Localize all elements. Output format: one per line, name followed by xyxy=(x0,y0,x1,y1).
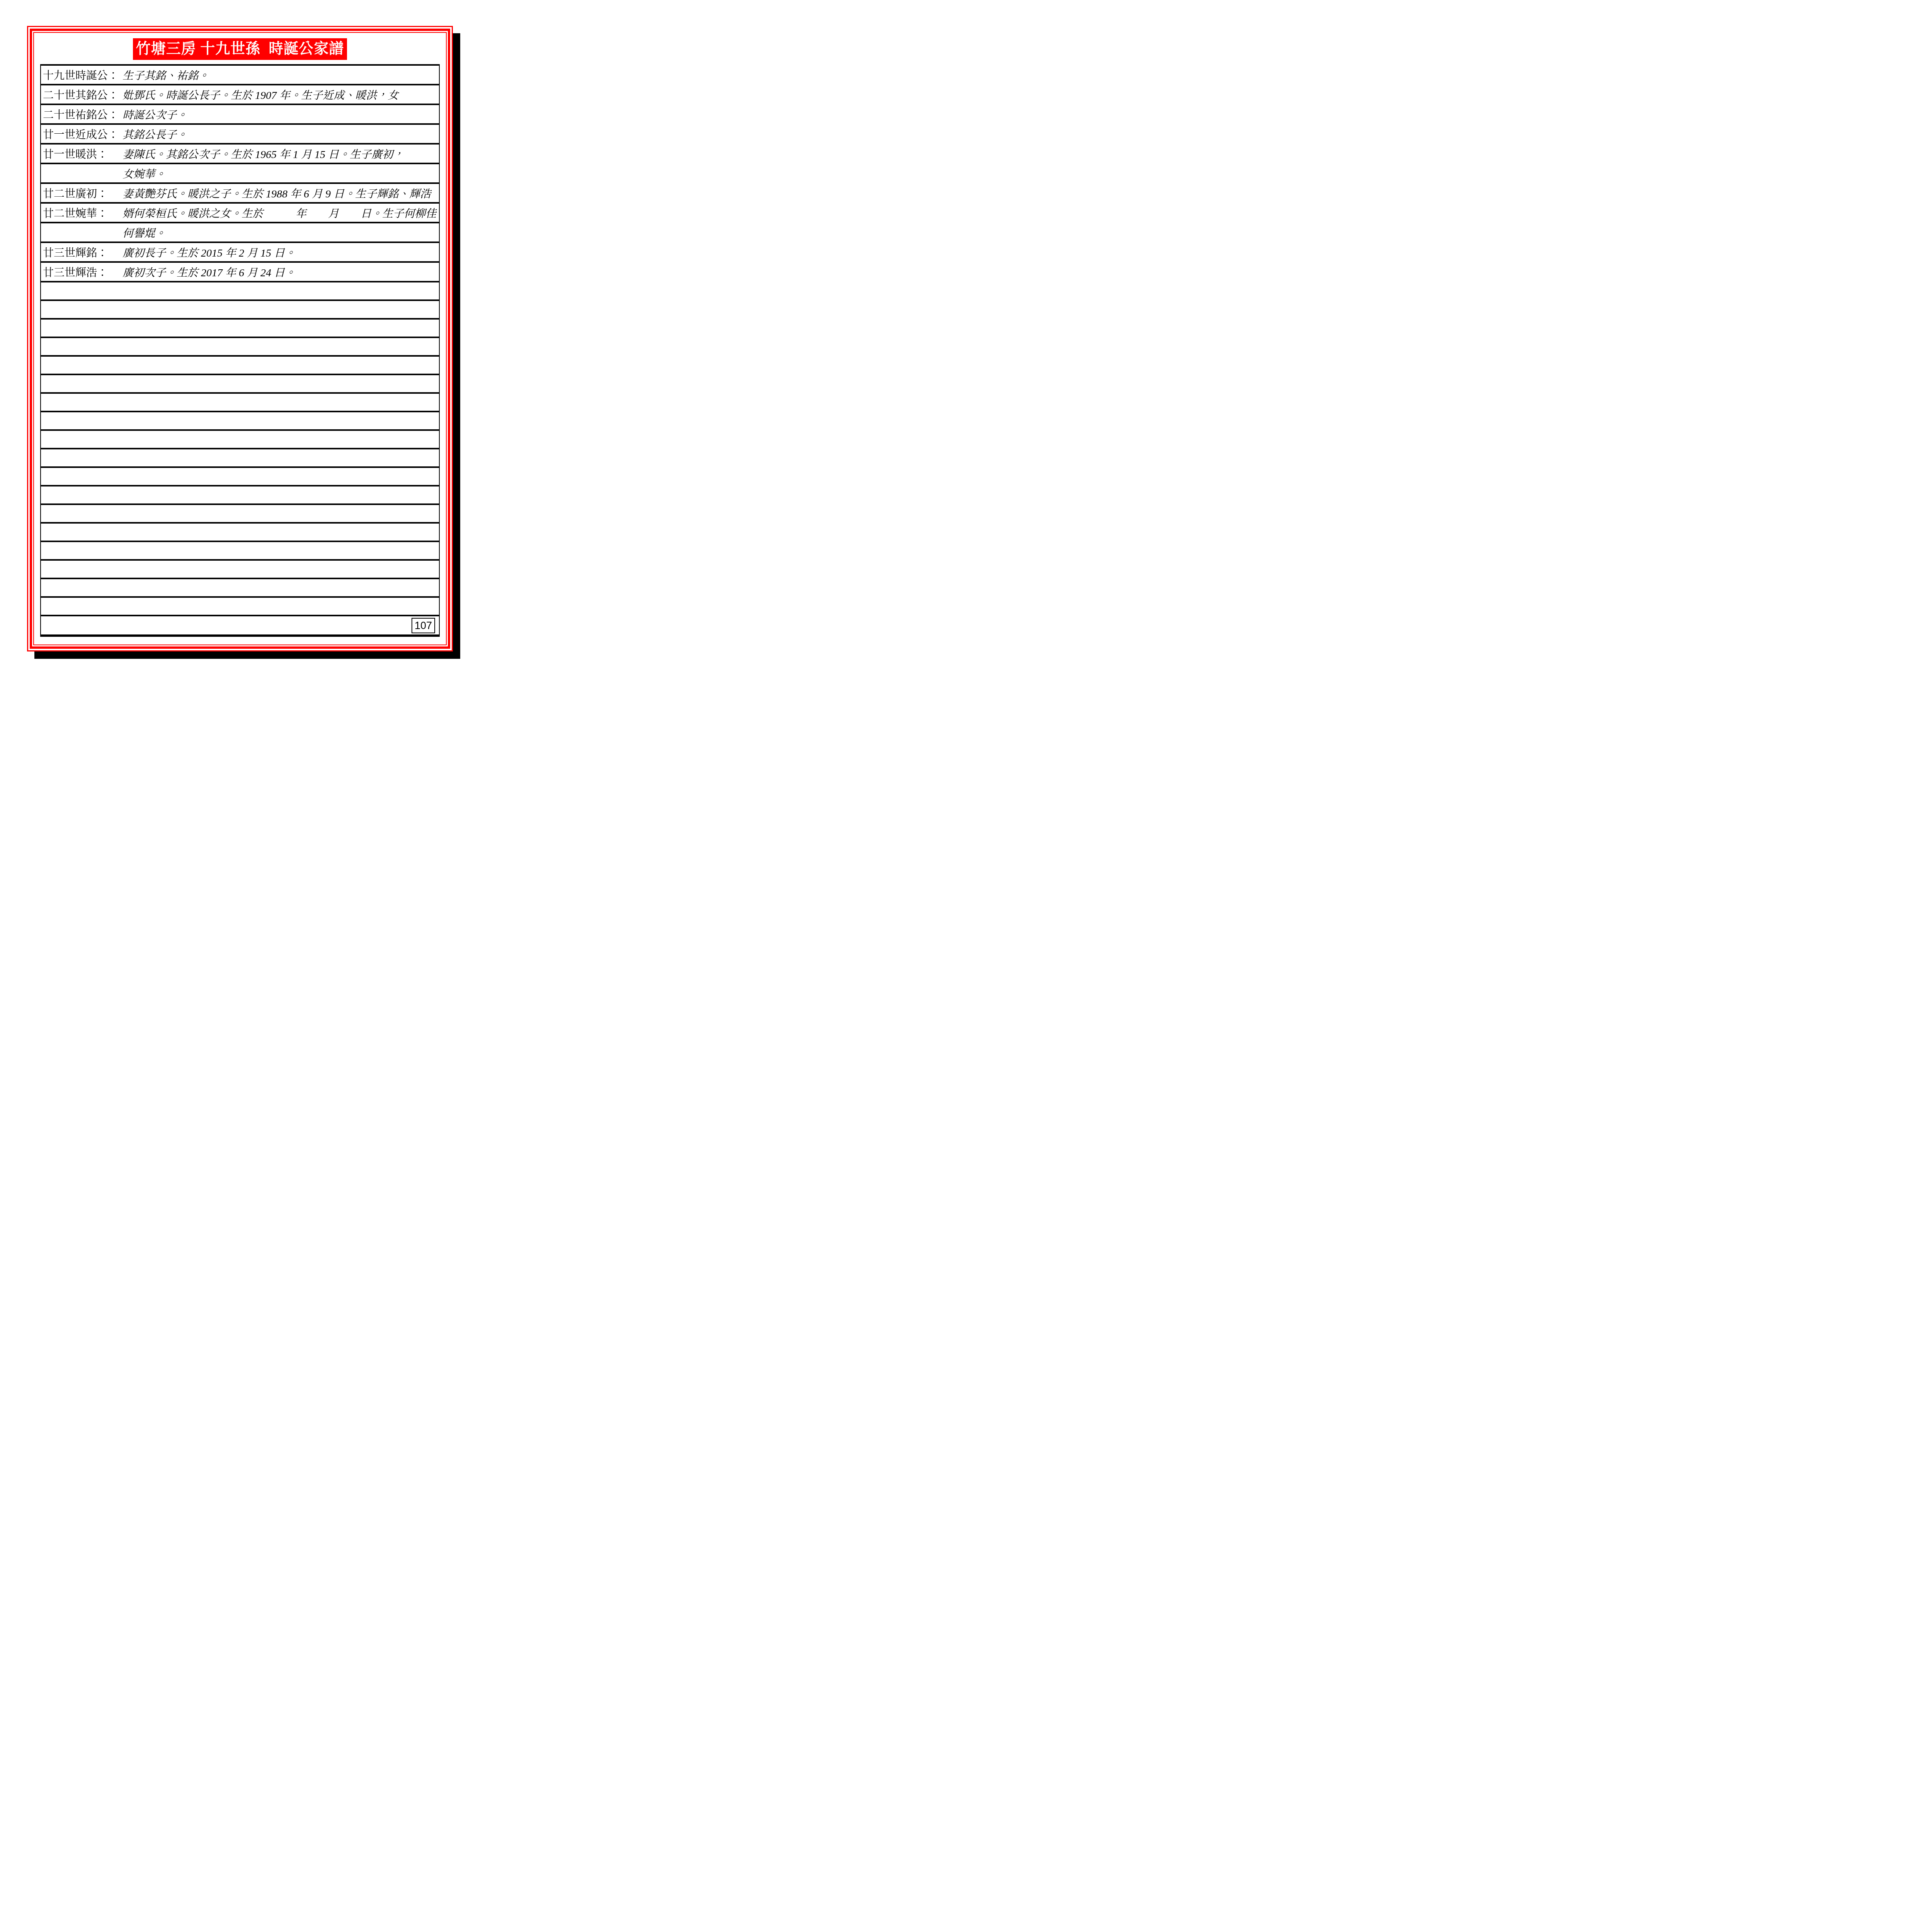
table-row: 女婉華。 xyxy=(41,164,439,184)
table-row: 何譽焜。 xyxy=(41,223,439,243)
generation-label: 十九世時誕公： xyxy=(41,67,122,83)
table-row: 廿一世暖洪：妻陳氏。其銘公次子。生於 1965 年 1 月 15 日。生子廣初， xyxy=(41,145,439,164)
table-row: 廿二世婉華：婿何榮桓氏。暖洪之女。生於 年 月 日。生子何柳佳、 xyxy=(41,204,439,223)
table-row: 十九世時誕公：生子其銘、祐銘。 xyxy=(41,66,439,85)
table-row-empty xyxy=(41,412,439,431)
page-border-frame-inner: 竹塘三房 十九世孫 時誕公家譜 十九世時誕公：生子其銘、祐銘。二十世其銘公：妣鄧… xyxy=(33,32,447,645)
page-title-banner: 竹塘三房 十九世孫 時誕公家譜 xyxy=(133,38,347,60)
table-row-empty xyxy=(41,449,439,468)
generation-label: 廿一世暖洪： xyxy=(41,146,122,162)
generation-label: 廿一世近成公： xyxy=(41,126,122,142)
table-row-empty xyxy=(41,431,439,449)
table-row-empty xyxy=(41,598,439,616)
table-row-empty xyxy=(41,301,439,320)
row-content: 何譽焜。 xyxy=(122,225,439,240)
table-row-empty xyxy=(41,505,439,524)
generation-label: 二十世其銘公： xyxy=(41,87,122,102)
table-row: 廿三世輝浩：廣初次子。生於 2017 年 6 月 24 日。 xyxy=(41,263,439,282)
row-content: 生子其銘、祐銘。 xyxy=(122,67,439,83)
table-row-empty xyxy=(41,524,439,542)
row-content: 時誕公次子。 xyxy=(122,107,439,122)
table-row-empty xyxy=(41,579,439,598)
table-row-empty xyxy=(41,561,439,579)
row-content: 其銘公長子。 xyxy=(122,126,439,142)
table-row-empty xyxy=(41,468,439,486)
table-row-empty xyxy=(41,542,439,561)
table-row-empty xyxy=(41,282,439,301)
table-row: 廿三世輝銘：廣初長子。生於 2015 年 2 月 15 日。 xyxy=(41,243,439,263)
generation-label: 二十世祐銘公： xyxy=(41,107,122,122)
row-content: 妣鄧氏。時誕公長子。生於 1907 年。生子近成、暖洪，女 xyxy=(122,87,439,102)
page-number: 107 xyxy=(415,620,432,631)
generation-label: 廿二世婉華： xyxy=(41,205,122,221)
table-row: 二十世祐銘公：時誕公次子。 xyxy=(41,105,439,125)
table-row: 二十世其銘公：妣鄧氏。時誕公長子。生於 1907 年。生子近成、暖洪，女 xyxy=(41,85,439,105)
generation-label: 廿三世輝銘： xyxy=(41,245,122,260)
generation-label: 廿二世廣初： xyxy=(41,185,122,201)
page-border-frame-mid: 竹塘三房 十九世孫 時誕公家譜 十九世時誕公：生子其銘、祐銘。二十世其銘公：妣鄧… xyxy=(30,29,450,649)
row-content: 女婉華。 xyxy=(122,166,439,181)
page: 竹塘三房 十九世孫 時誕公家譜 十九世時誕公：生子其銘、祐銘。二十世其銘公：妣鄧… xyxy=(27,26,453,651)
row-content: 廣初次子。生於 2017 年 6 月 24 日。 xyxy=(122,264,439,280)
table-row-empty xyxy=(41,394,439,412)
table-row-empty xyxy=(41,320,439,338)
page-border-frame-outer: 竹塘三房 十九世孫 時誕公家譜 十九世時誕公：生子其銘、祐銘。二十世其銘公：妣鄧… xyxy=(27,26,453,651)
row-content: 妻黃艷芬氏。暖洪之子。生於 1988 年 6 月 9 日。生子輝銘、輝浩 xyxy=(122,185,439,201)
scan-canvas: { "page": { "title": "竹塘三房 十九世孫 時誕公家譜", … xyxy=(0,0,479,678)
title-banner-wrap: 竹塘三房 十九世孫 時誕公家譜 xyxy=(37,38,443,61)
table-row-empty xyxy=(41,486,439,505)
genealogy-table: 十九世時誕公：生子其銘、祐銘。二十世其銘公：妣鄧氏。時誕公長子。生於 1907 … xyxy=(40,64,440,637)
page-number-row: 107 xyxy=(41,616,439,636)
table-row-empty xyxy=(41,338,439,357)
row-content: 妻陳氏。其銘公次子。生於 1965 年 1 月 15 日。生子廣初， xyxy=(122,146,439,162)
generation-label: 廿三世輝浩： xyxy=(41,264,122,280)
row-content: 婿何榮桓氏。暖洪之女。生於 年 月 日。生子何柳佳、 xyxy=(122,205,439,221)
table-row-empty xyxy=(41,357,439,375)
page-number-box: 107 xyxy=(412,618,435,633)
table-row: 廿一世近成公：其銘公長子。 xyxy=(41,125,439,145)
table-row: 廿二世廣初：妻黃艷芬氏。暖洪之子。生於 1988 年 6 月 9 日。生子輝銘、… xyxy=(41,184,439,204)
table-row-empty xyxy=(41,375,439,394)
row-content: 廣初長子。生於 2015 年 2 月 15 日。 xyxy=(122,245,439,260)
